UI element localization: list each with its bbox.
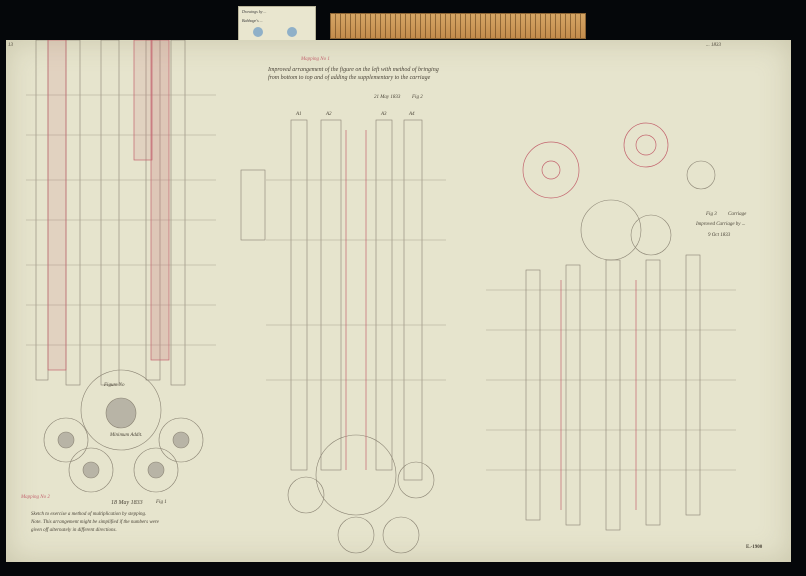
right-fig-label: Fig 3 [706,212,717,217]
left-caption-line: Sketch to exercise a method of multiplic… [31,512,146,517]
left-caption-line: Note. This arrangement might be simplifi… [31,520,159,525]
catalogue-label: Drawings by ... Babbage's ... [238,6,316,42]
right-title: Carriage [728,212,746,217]
dial-label-bottom: Minimum Addit. [110,433,142,438]
right-caption: Improved Carriage by ... [696,222,746,227]
right-date: 9 Oct 1833 [708,233,730,238]
drawing-sheet: 13 ... 1833 Mapping No 1 Improved arrang… [6,40,791,562]
left-date: 18 May 1833 [111,500,143,506]
drawing-linework [6,40,791,562]
left-caption-line: given off alternately in different direc… [31,528,117,533]
axis-label: A3 [381,112,387,117]
axis-label: A4 [409,112,415,117]
axis-label: A1 [296,112,302,117]
center-caption-line: from bottom to top and of adding the sup… [268,75,430,81]
catalogue-label-line: Babbage's ... [239,16,315,25]
pin-icon [287,27,297,37]
center-date: 21 May 1833 [374,95,400,100]
corner-number: 13 [8,43,13,48]
scale-ruler [330,13,586,39]
accession-number: E.-1900 [746,545,762,550]
left-red-title: Mapping No 2 [21,495,50,500]
dial-label-top: Figure No [104,383,125,388]
left-fig-label: Fig 1 [156,500,167,505]
catalogue-label-line: Drawings by ... [239,7,315,16]
center-red-title: Mapping No 1 [301,57,330,62]
pin-icon [253,27,263,37]
axis-label: A2 [326,112,332,117]
center-caption-line: Improved arrangement of the figure on th… [268,67,439,73]
center-fig-label: Fig 2 [412,95,423,100]
top-right-note: ... 1833 [706,43,721,48]
